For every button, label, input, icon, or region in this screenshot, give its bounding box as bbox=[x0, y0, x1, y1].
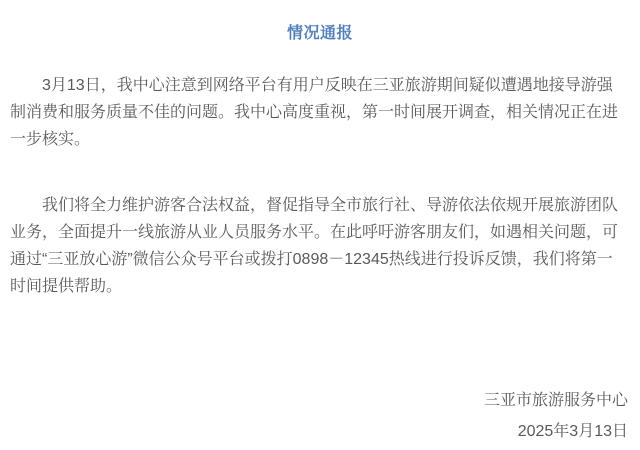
paragraph-1-line-2: 制消费和服务质量不佳的问题。我中心高度重视，第一时间展开调查，相关情况正在进 bbox=[10, 99, 626, 126]
notice-title: 情况通报 bbox=[0, 0, 640, 42]
date: 2025年3月13日 bbox=[10, 418, 628, 445]
signature-block: 三亚市旅游服务中心 2025年3月13日 bbox=[10, 387, 628, 450]
paragraph-2: 我们将全力维护游客合法权益，督促指导全市旅行社、导游依法依规开展旅游团队 业务，… bbox=[10, 192, 626, 300]
notice-body: 3月13日，我中心注意到网络平台有用户反映在三亚旅游期间疑似遭遇地接导游强 制消… bbox=[0, 72, 640, 300]
paragraph-1-line-1: 3月13日，我中心注意到网络平台有用户反映在三亚旅游期间疑似遭遇地接导游强 bbox=[10, 72, 626, 99]
notice-document: 情况通报 3月13日，我中心注意到网络平台有用户反映在三亚旅游期间疑似遭遇地接导… bbox=[0, 0, 640, 450]
paragraph-2-line-2: 业务，全面提升一线旅游从业人员服务水平。在此呼吁游客朋友们，如遇相关问题，可 bbox=[10, 219, 626, 246]
signature: 三亚市旅游服务中心 bbox=[10, 387, 628, 414]
paragraph-2-line-1: 我们将全力维护游客合法权益，督促指导全市旅行社、导游依法依规开展旅游团队 bbox=[10, 192, 626, 219]
paragraph-2-line-3: 通过“三亚放心游”微信公众号平台或拨打0898－12345热线进行投诉反馈，我们… bbox=[10, 246, 626, 273]
paragraph-2-line-4: 时间提供帮助。 bbox=[10, 273, 626, 300]
paragraph-1: 3月13日，我中心注意到网络平台有用户反映在三亚旅游期间疑似遭遇地接导游强 制消… bbox=[10, 72, 626, 153]
paragraph-1-line-3: 一步核实。 bbox=[10, 126, 626, 153]
